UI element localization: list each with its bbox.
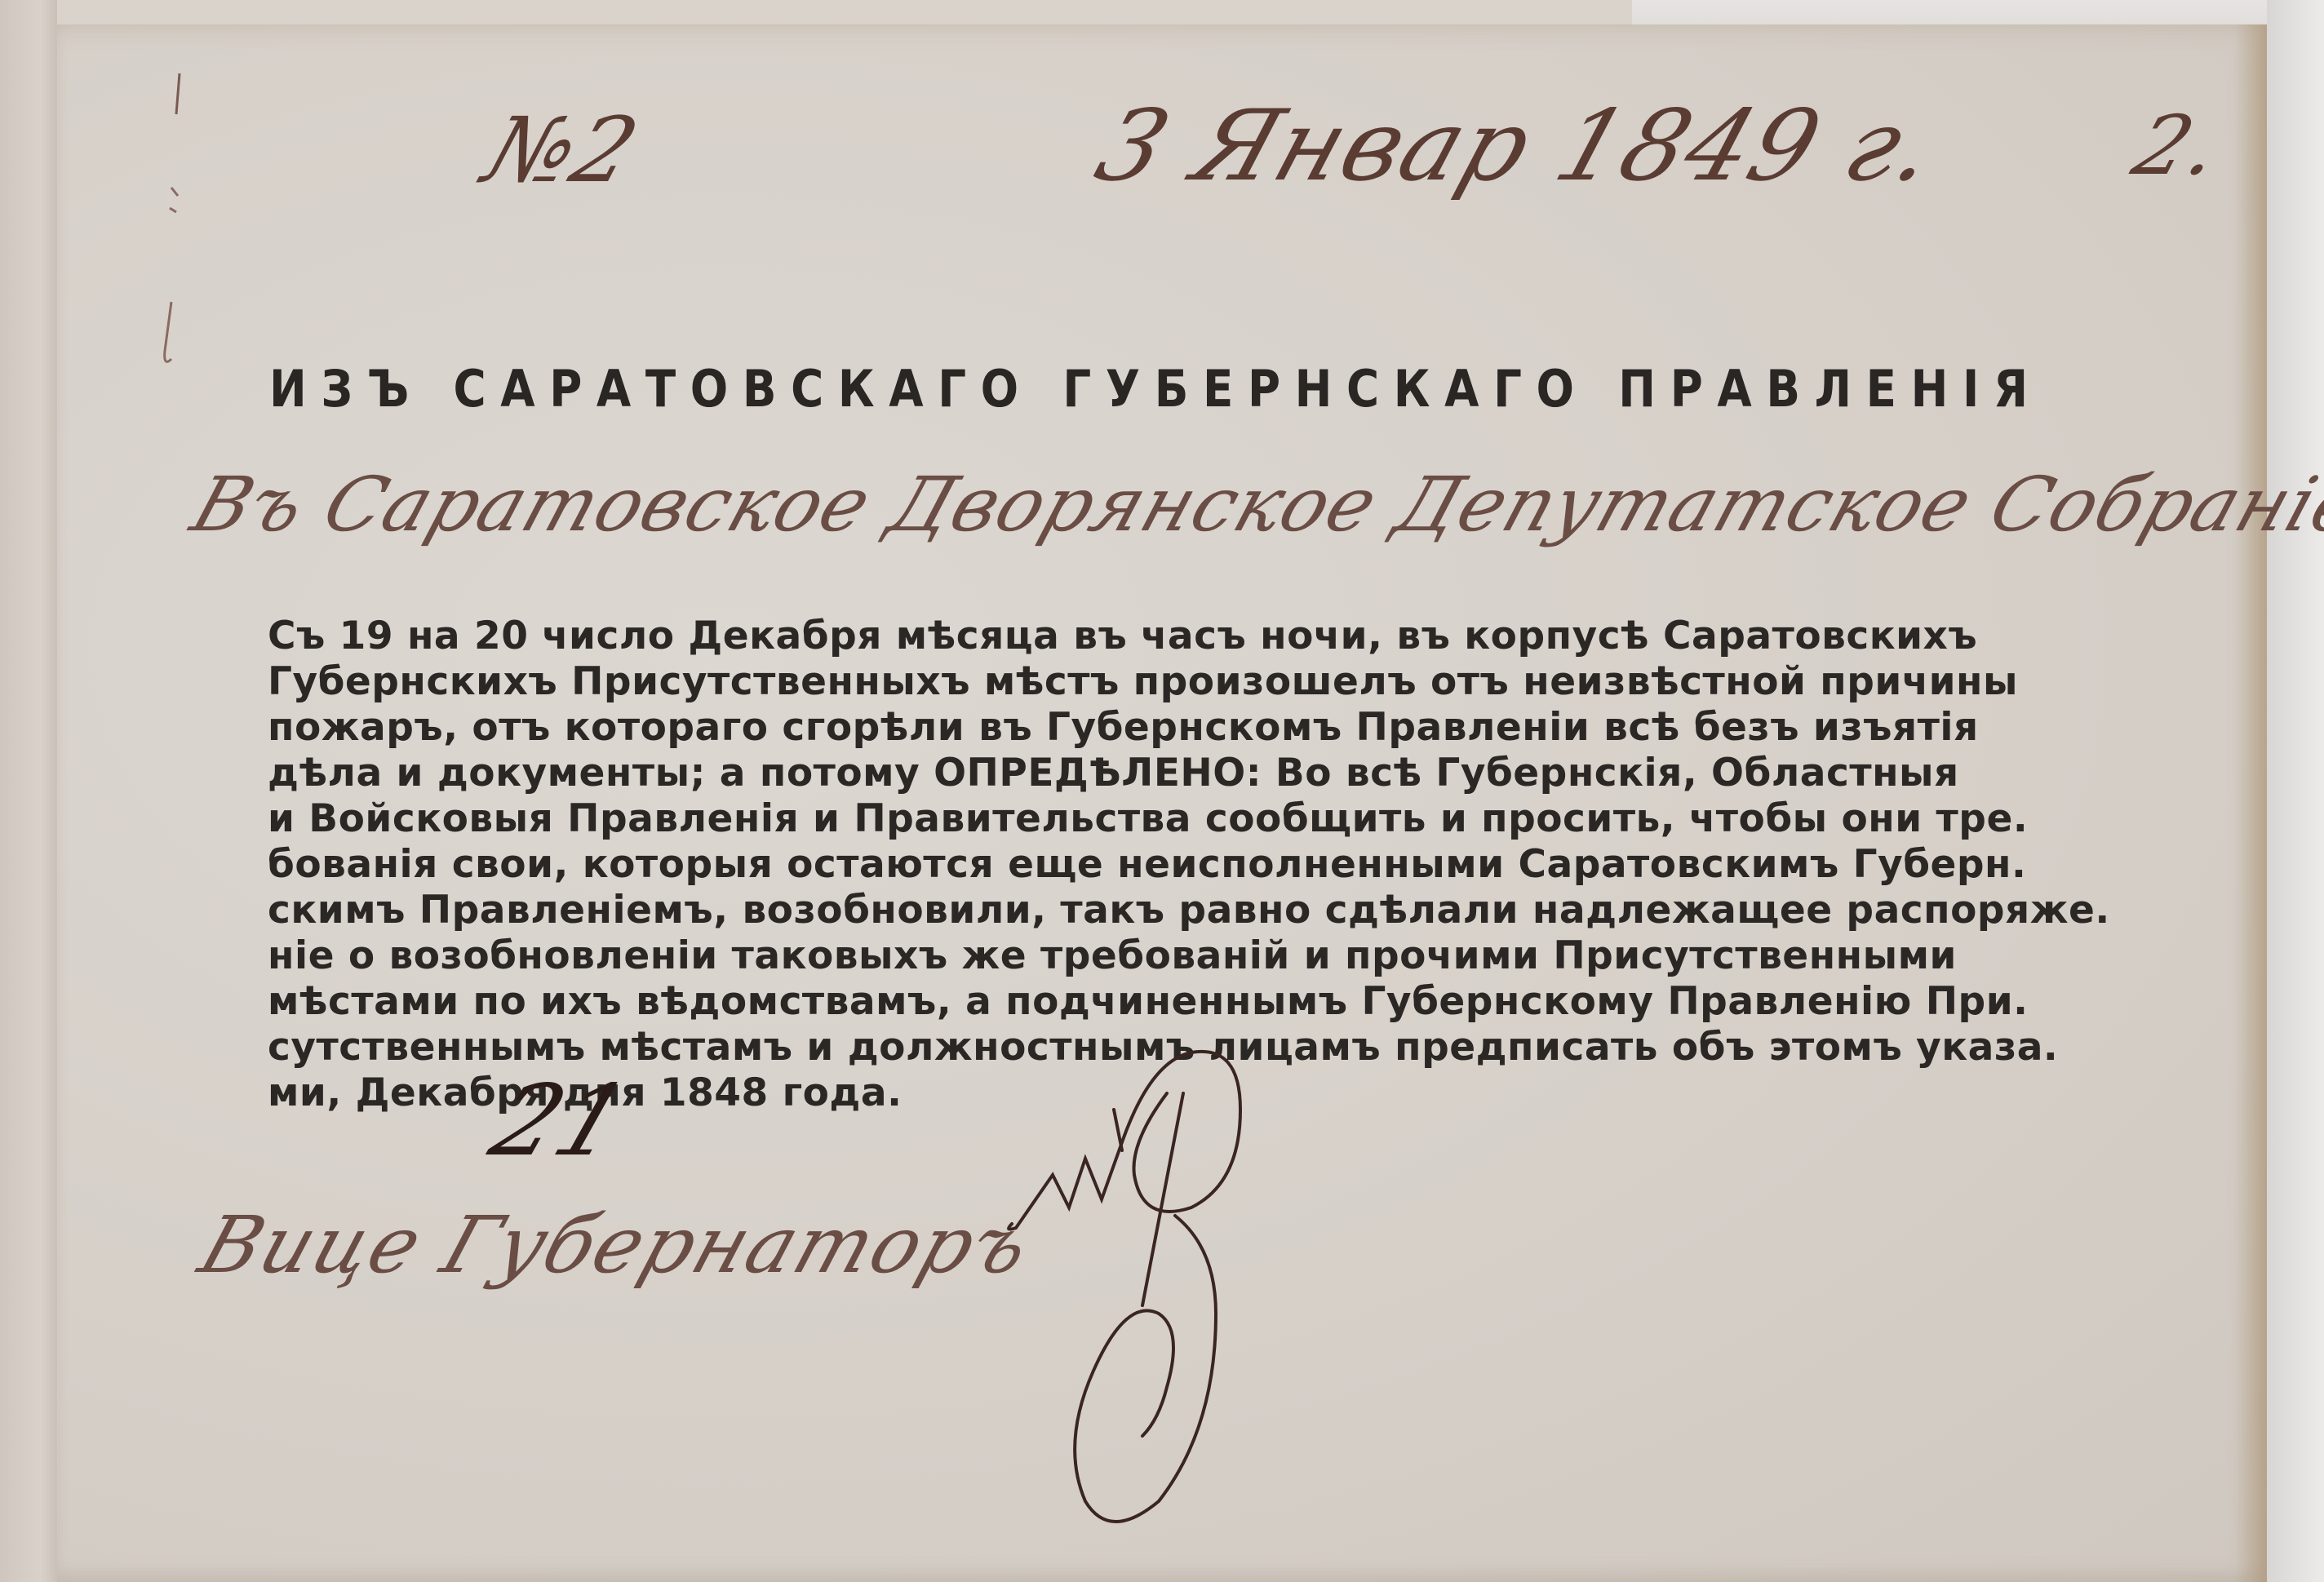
signature-flourish-icon (979, 1044, 1387, 1550)
background-surface-right (2267, 0, 2324, 1582)
body-line: Съ 19 на 20 число Декабря мѣсяца въ часъ… (268, 614, 1932, 659)
body-line: ніе о возобновленіи таковыхъ же требован… (268, 933, 1932, 979)
issuing-authority-heading: ИЗЪ САРАТОВСКАГО ГУБЕРНСКАГО ПРАВЛЕНІЯ (269, 359, 1892, 419)
document-date: 3 Январ 1849 г. (1083, 90, 1951, 203)
body-line: Губернскихъ Присутственныхъ мѣстъ произо… (268, 659, 1932, 705)
signatory-title: Вице Губернаторъ (189, 1199, 1043, 1291)
body-text: Съ 19 на 20 число Декабря мѣсяца въ часъ… (268, 614, 1932, 1116)
body-line: скимъ Правленіемъ, возобновили, такъ рав… (268, 888, 1932, 933)
body-line: и Войсковыя Правленія и Правительства со… (268, 796, 1932, 842)
body-line: бованія свои, которыя остаются еще неисп… (268, 842, 1932, 888)
body-line: пожаръ, отъ котораго сгорѣли въ Губернск… (268, 705, 1932, 751)
paper-edge-stain (2234, 24, 2267, 1582)
addressee-line: Въ Саратовское Дворянское Депутатское Со… (182, 461, 2324, 548)
adjacent-page-strip (0, 0, 57, 1582)
body-line: дѣла и документы; а потому ОПРЕДѢЛЕНО: В… (268, 751, 1932, 796)
body-line: мѣстами по ихъ вѣдомствамъ, а подчиненны… (268, 979, 1932, 1025)
